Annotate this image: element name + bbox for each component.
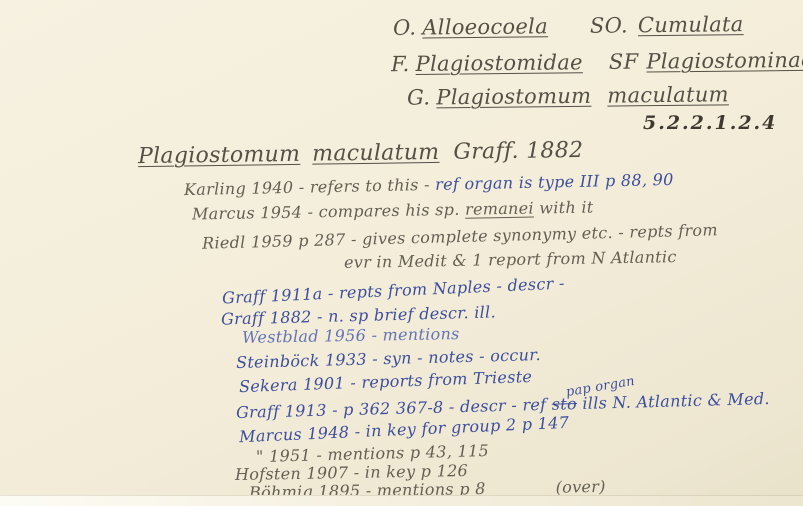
genus-label: G.	[407, 85, 431, 109]
card-bottom-edge	[0, 495, 803, 506]
order-label: O.	[393, 16, 417, 40]
title-species: maculatum	[312, 140, 440, 167]
scanned-index-card-page: O.AlloeocoelaSO.Cumulata F.Plagiostomida…	[0, 0, 803, 506]
genus-value: Plagiostomum	[436, 84, 591, 110]
suborder-label: SO.	[590, 13, 628, 37]
suborder-value: Cumulata	[638, 12, 744, 37]
classification-line-genus: G.Plagiostomummaculatum	[407, 82, 729, 109]
species-value: maculatum	[607, 82, 729, 107]
entry-text-after: with it	[534, 197, 594, 217]
order-value: Alloeocoela	[422, 14, 548, 39]
family-label: F.	[391, 52, 410, 76]
entry-text: Westblad 1956 - mentions	[242, 324, 460, 347]
subfamily-label: SF	[609, 50, 639, 74]
catalog-number: 5.2.2.1.2.4	[643, 112, 777, 134]
species-epithet: remanei	[465, 199, 534, 219]
classification-line-family: F.PlagiostomidaeSFPlagiostominae	[391, 48, 803, 76]
entry-westblad-1956: Westblad 1956 - mentions	[242, 324, 460, 347]
title-genus: Plagiostomum	[138, 142, 301, 169]
subfamily-value: Plagiostominae	[646, 48, 803, 74]
classification-line-order: O.AlloeocoelaSO.Cumulata	[393, 12, 744, 40]
family-value: Plagiostomidae	[415, 50, 582, 76]
title-authority: Graff. 1882	[453, 138, 583, 165]
over-note: (over)	[555, 477, 605, 497]
